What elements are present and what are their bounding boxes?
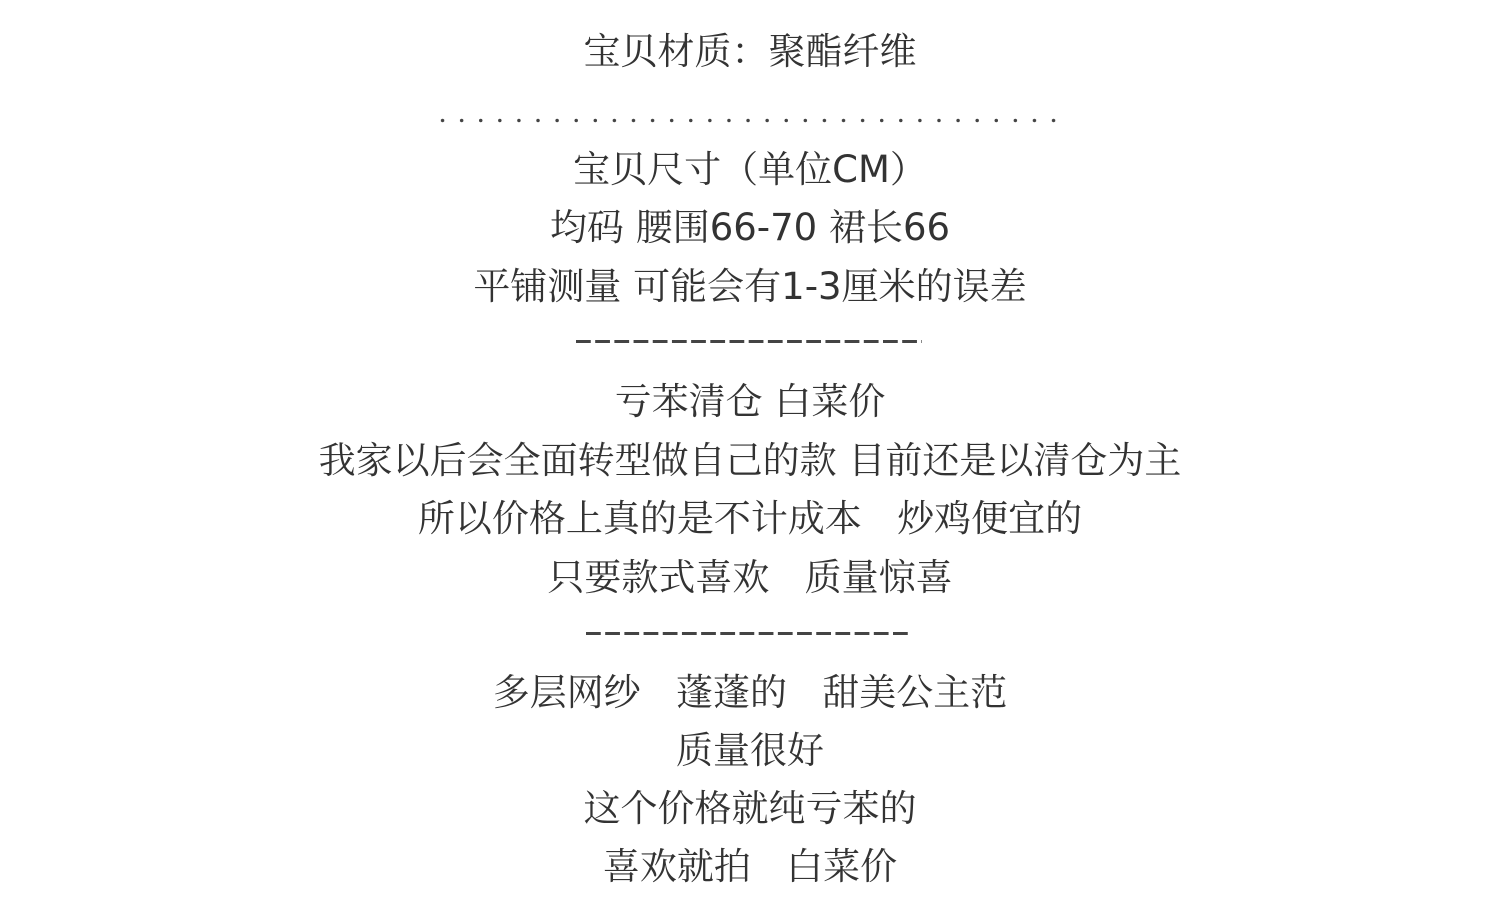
dashed-separator-1 [576,340,922,343]
dotted-separator [433,118,1063,123]
product-line-4: 喜欢就拍 白菜价 [0,845,1500,889]
dashed-separator-2 [586,632,912,635]
size-spec: 均码 腰围66-70 裙长66 [0,206,1500,250]
product-line-2: 质量很好 [0,729,1500,773]
clearance-line-1: 我家以后会全面转型做自己的款 目前还是以清仓为主 [0,439,1500,483]
clearance-line-3: 只要款式喜欢 质量惊喜 [0,556,1500,600]
size-note: 平铺测量 可能会有1-3厘米的误差 [0,265,1500,309]
product-line-3: 这个价格就纯亏苯的 [0,787,1500,831]
clearance-line-2: 所以价格上真的是不计成本 炒鸡便宜的 [0,497,1500,541]
material-line: 宝贝材质：聚酯纤维 [0,30,1500,74]
size-heading: 宝贝尺寸（单位CM） [0,148,1500,192]
product-line-1: 多层网纱 蓬蓬的 甜美公主范 [0,671,1500,715]
clearance-headline: 亏苯清仓 白菜价 [0,380,1500,424]
